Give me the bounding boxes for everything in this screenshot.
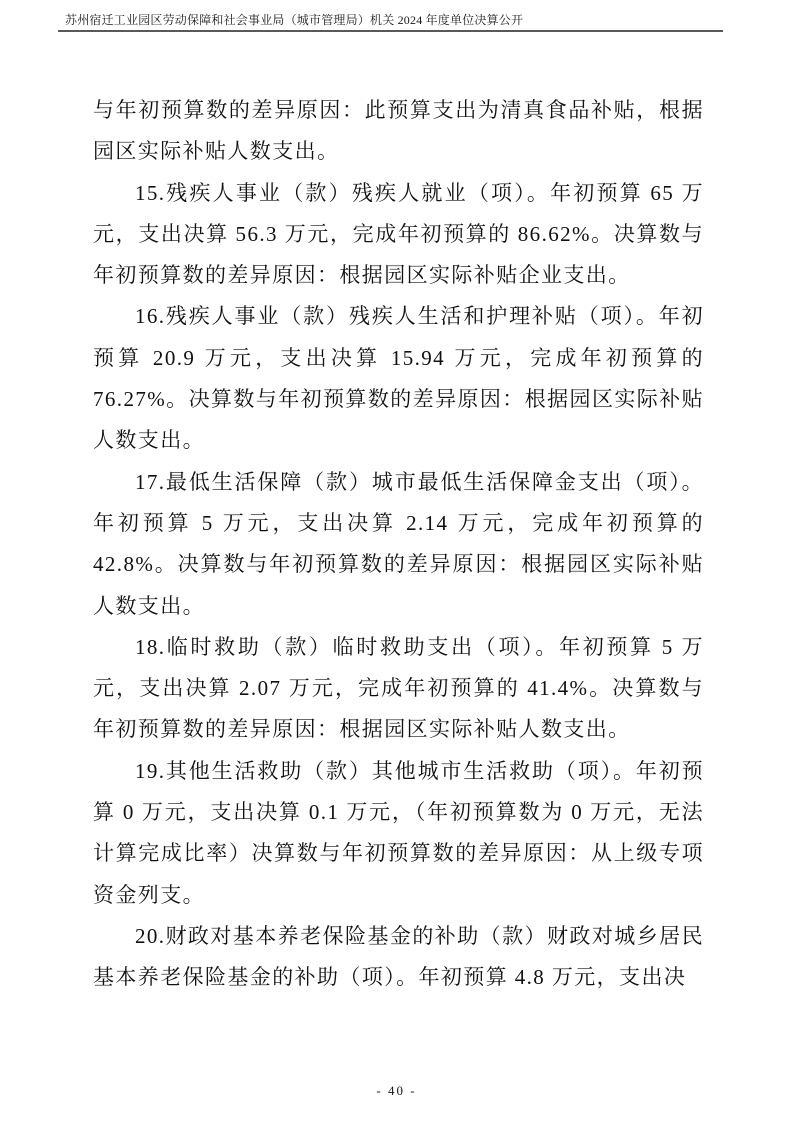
paragraph-item-20: 20.财政对基本养老保险基金的补助（款）财政对城乡居民基本养老保险基金的补助（项… — [93, 916, 704, 999]
paragraph-item-16: 16.残疾人事业（款）残疾人生活和护理补贴（项）。年初预算 20.9 万元，支出… — [93, 296, 704, 461]
page-number: - 40 - — [376, 1083, 416, 1098]
page-footer: - 40 - — [0, 1082, 793, 1100]
paragraph-continuation: 与年初预算数的差异原因：此预算支出为清真食品补贴，根据园区实际补贴人数支出。 — [93, 90, 704, 173]
paragraph-item-19: 19.其他生活救助（款）其他城市生活救助（项）。年初预算 0 万元，支出决算 0… — [93, 751, 704, 916]
header-title: 苏州宿迁工业园区劳动保障和社会事业局（城市管理局）机关 2024 年度单位决算公… — [58, 13, 723, 27]
paragraph-item-15: 15.残疾人事业（款）残疾人就业（项）。年初预算 65 万元，支出决算 56.3… — [93, 173, 704, 297]
paragraph-item-18: 18.临时救助（款）临时救助支出（项）。年初预算 5 万元，支出决算 2.07 … — [93, 627, 704, 751]
paragraph-item-17: 17.最低生活保障（款）城市最低生活保障金支出（项）。年初预算 5 万元，支出决… — [93, 462, 704, 627]
document-body: 与年初预算数的差异原因：此预算支出为清真食品补贴，根据园区实际补贴人数支出。 1… — [93, 90, 704, 999]
page-header: 苏州宿迁工业园区劳动保障和社会事业局（城市管理局）机关 2024 年度单位决算公… — [58, 13, 723, 32]
document-page: 苏州宿迁工业园区劳动保障和社会事业局（城市管理局）机关 2024 年度单位决算公… — [0, 0, 793, 1122]
